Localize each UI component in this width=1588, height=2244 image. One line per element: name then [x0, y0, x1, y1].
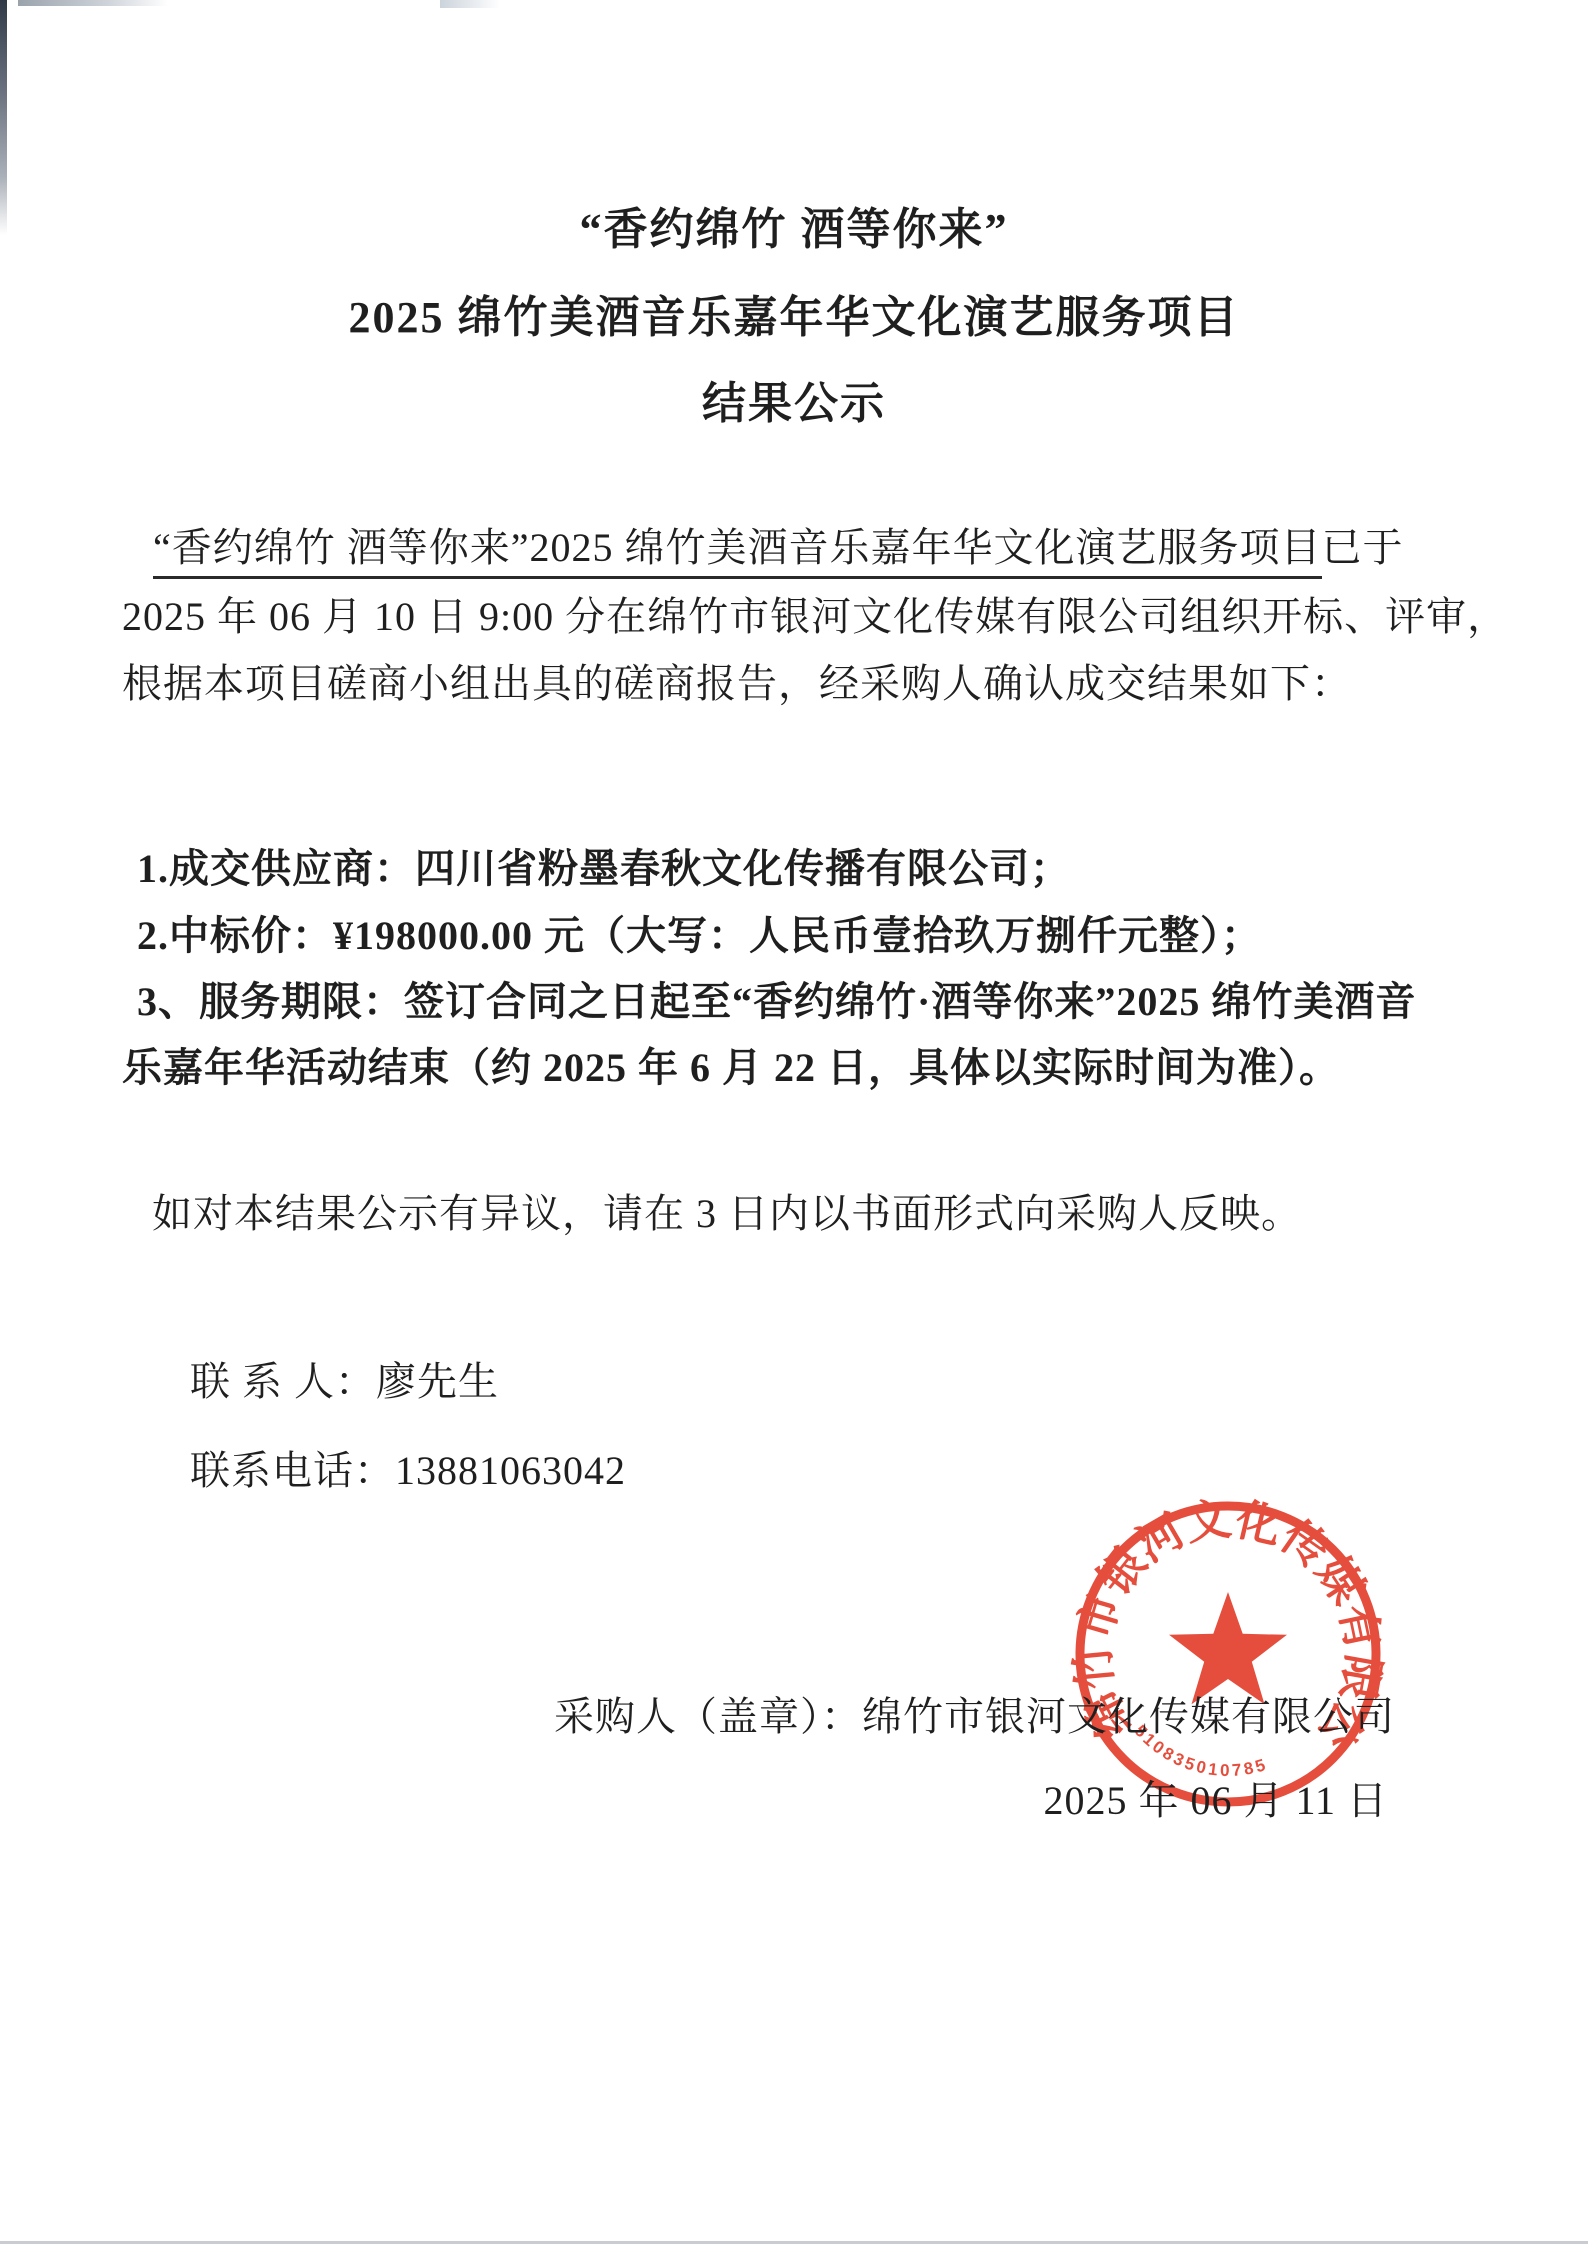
contact-phone-line: 联系电话：13881063042: [190, 1447, 626, 1495]
scan-artifact-top-smudge: [18, 0, 168, 6]
red-star-icon: [1169, 1592, 1287, 1704]
result-item-supplier: 1.成交供应商：四川省粉墨春秋文化传播有限公司；: [137, 845, 1071, 893]
intro-line1-rest: 已于: [1322, 525, 1404, 570]
intro-line-1: “香约绵竹 酒等你来”2025 绵竹美酒音乐嘉年华文化演艺服务项目已于: [153, 524, 1404, 572]
objection-paragraph: 如对本结果公示有异议，请在 3 日内以书面形式向采购人反映。: [152, 1190, 1302, 1238]
date-line: 2025 年 06 月 11 日: [1043, 1777, 1388, 1825]
result-item-price: 2.中标价：¥198000.00 元（大写：人民币壹拾玖万捌仟元整）；: [137, 912, 1262, 960]
doc-title-line2: 2025 绵竹美酒音乐嘉年华文化演艺服务项目: [0, 294, 1588, 342]
result-item-term-line1: 3、服务期限：签订合同之日起至“香约绵竹·酒等你来”2025 绵竹美酒音: [137, 978, 1416, 1026]
intro-underlined-project-name: “香约绵竹 酒等你来”2025 绵竹美酒音乐嘉年华文化演艺服务项目: [153, 525, 1322, 579]
doc-title-line3: 结果公示: [0, 380, 1588, 428]
scan-artifact-left-edge: [0, 0, 7, 235]
doc-title-line1: “香约绵竹 酒等你来”: [0, 206, 1588, 254]
intro-line-2: 2025 年 06 月 10 日 9:00 分在绵竹市银河文化传媒有限公司组织开…: [122, 593, 1508, 641]
company-stamp: 绵竹市银河文化传媒有限公司 510835010785: [1067, 1493, 1389, 1815]
contact-person-line: 联 系 人：廖先生: [190, 1358, 499, 1406]
purchaser-line: 采购人（盖章）：绵竹市银河文化传媒有限公司: [554, 1693, 1395, 1741]
scan-artifact-top-smudge-2: [440, 0, 500, 8]
document-page: “香约绵竹 酒等你来” 2025 绵竹美酒音乐嘉年华文化演艺服务项目 结果公示 …: [0, 0, 1588, 2244]
company-stamp-svg: 绵竹市银河文化传媒有限公司 510835010785: [1067, 1493, 1389, 1815]
intro-line-3: 根据本项目磋商小组出具的磋商报告，经采购人确认成交结果如下：: [122, 660, 1352, 708]
result-item-term-line2: 乐嘉年华活动结束（约 2025 年 6 月 22 日，具体以实际时间为准）。: [122, 1044, 1340, 1092]
